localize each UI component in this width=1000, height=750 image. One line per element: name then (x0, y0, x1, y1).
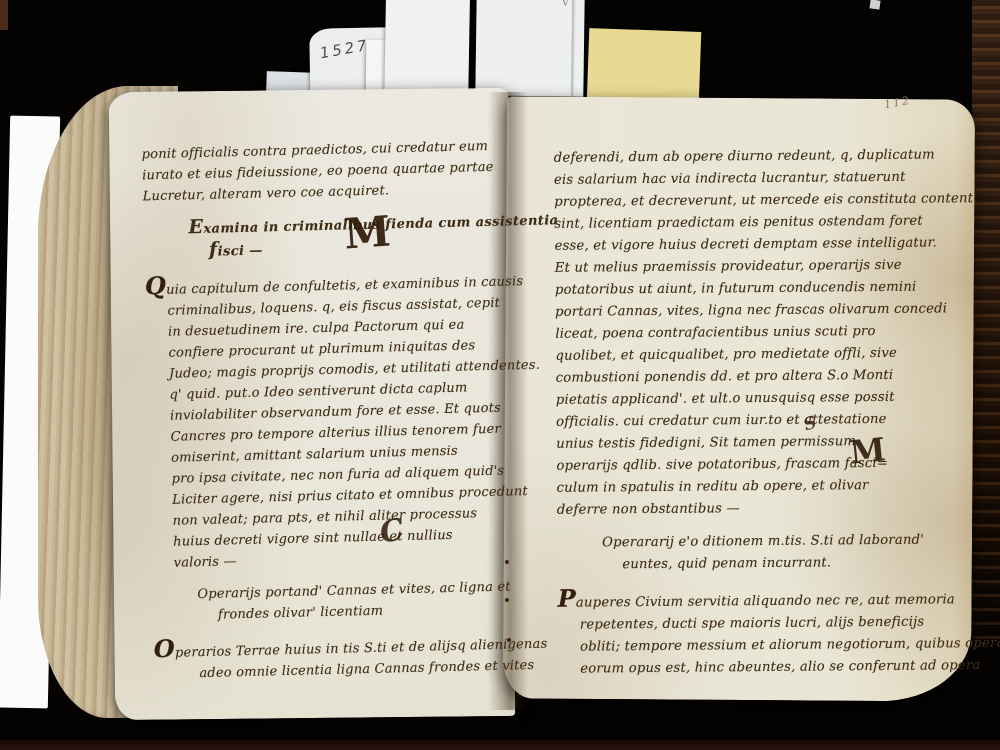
left-page-text: ponit officialis contra praedictos, cui … (141, 136, 504, 685)
wood-table-bottom (0, 740, 1000, 750)
manuscript-line: euntes, quid penam incurrant. (622, 551, 969, 576)
manuscript-line: esse, et vigore huius decreti demptam es… (554, 232, 966, 258)
manuscript-photo-scene: 1527 V ponit officialis contra praedicto… (0, 0, 1000, 750)
wood-frame-right (972, 0, 1000, 640)
wood-grain-texture (972, 0, 1000, 640)
manuscript-line: eorum opus est, hinc abeuntes, alio se c… (580, 655, 970, 680)
wood-frame-top-left (0, 0, 8, 30)
binding-stitches (505, 560, 509, 564)
manuscript-line: deferre non obstantibus — (557, 496, 969, 522)
manuscript-line: Pauperes Civium servitia aliquando nec r… (558, 584, 970, 615)
marginal-m-right: M (848, 430, 887, 471)
paper-speck-top-right (869, 0, 880, 10)
yellow-slip (587, 28, 702, 106)
right-page-text: deferendi, dum ab opere diurno redeunt, … (554, 144, 971, 681)
manuscript-line: Operararij e'o ditionem m.tis. S.ti ad l… (602, 529, 969, 554)
paper-tab-card-center: V (475, 0, 584, 97)
tab-v-label: V (562, 0, 569, 9)
tab-year-label: 1527 (318, 36, 371, 62)
manuscript-line: portari Cannas, vites, ligna nec frascas… (555, 298, 967, 324)
marginal-m-left: M (342, 206, 392, 258)
